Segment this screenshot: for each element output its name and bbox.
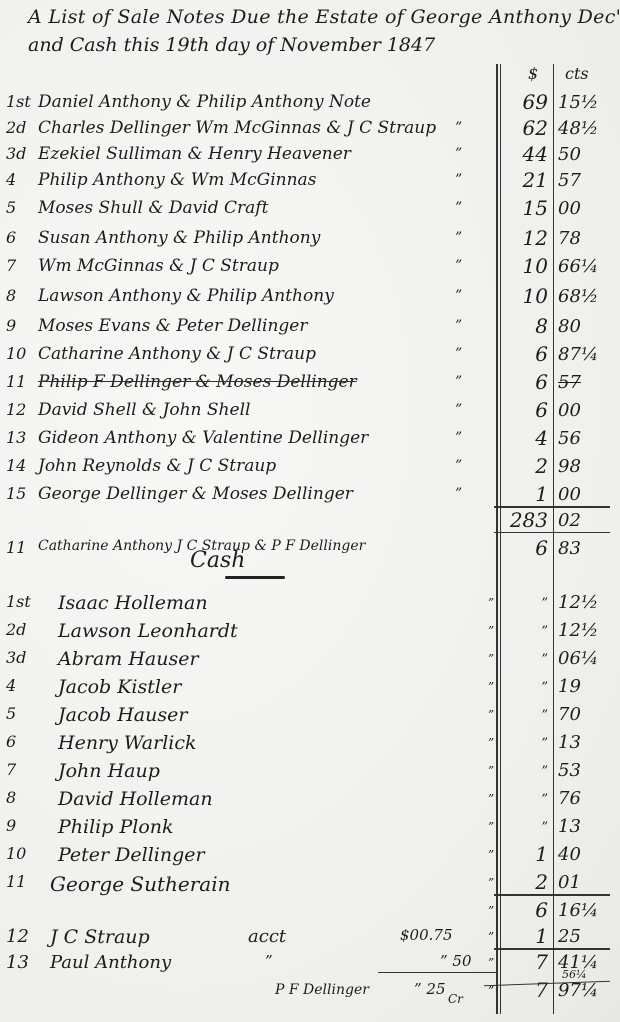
row-ditto: ” bbox=[488, 904, 494, 918]
row-name: Ezekiel Sulliman & Henry Heavener bbox=[38, 144, 351, 164]
notes-total-cents: 02 bbox=[558, 510, 581, 531]
row-name: Moses Shull & David Craft bbox=[38, 198, 268, 218]
cash-row: 7 John Haup ” ” 53 bbox=[0, 758, 620, 784]
row-dollars: ” bbox=[500, 736, 548, 751]
row-name: Philip F Dellinger & Moses Dellinger bbox=[38, 372, 357, 392]
extra-note-row: 11 Catharine Anthony J C Straup & P F De… bbox=[0, 536, 620, 562]
row-name: John Reynolds & J C Straup bbox=[38, 456, 276, 476]
row-number: 6 bbox=[6, 228, 40, 247]
row-ditto: ” bbox=[488, 930, 494, 944]
row-cents: 19 bbox=[558, 676, 581, 697]
row-cents: 06¼ bbox=[558, 648, 598, 669]
final-sub-label: Cr bbox=[448, 992, 463, 1006]
row-dollars: 1 bbox=[500, 482, 548, 506]
row-cents: 83 bbox=[558, 538, 581, 559]
row-name: David Shell & John Shell bbox=[38, 400, 250, 420]
row-name: George Dellinger & Moses Dellinger bbox=[38, 484, 353, 504]
row-subamount: ” 50 bbox=[440, 952, 472, 970]
row-ditto: ” bbox=[488, 736, 494, 750]
row-number: 8 bbox=[6, 788, 40, 807]
row-name: Charles Dellinger Wm McGinnas & J C Stra… bbox=[38, 118, 436, 138]
cash-heading-underline bbox=[225, 576, 285, 579]
row-name: Catharine Anthony & J C Straup bbox=[38, 344, 316, 364]
row-cents: 25 bbox=[558, 926, 581, 947]
note-row: 12 David Shell & John Shell ” 6 00 bbox=[0, 398, 620, 424]
row-ditto: ” bbox=[455, 402, 462, 418]
row-cents: 68½ bbox=[558, 286, 598, 307]
note-row: 5 Moses Shull & David Craft ” 15 00 bbox=[0, 196, 620, 222]
cash-row: 9 Philip Plonk ” ” 13 bbox=[0, 814, 620, 840]
cash-row: 11 George Sutherain ” 2 01 bbox=[0, 870, 620, 896]
row-dollars: 62 bbox=[500, 116, 548, 140]
row-cents: 78 bbox=[558, 228, 581, 249]
cash-heading: Cash bbox=[190, 548, 245, 573]
row-number: 1st bbox=[6, 592, 40, 611]
row-name: George Sutherain bbox=[50, 872, 231, 896]
cash-row: 6 Henry Warlick ” ” 13 bbox=[0, 730, 620, 756]
row-ditto: ” bbox=[488, 984, 494, 998]
row-number: 9 bbox=[6, 816, 40, 835]
row-cents: 48½ bbox=[558, 118, 598, 139]
row-dollars: 1 bbox=[500, 924, 548, 948]
row-number: 13 bbox=[6, 428, 40, 447]
cash-row: 1st Isaac Holleman ” ” 12½ bbox=[0, 590, 620, 616]
row-number: 12 bbox=[6, 400, 40, 419]
note-row: 1st Daniel Anthony & Philip Anthony Note… bbox=[0, 90, 620, 116]
row-subamount: $00.75 bbox=[400, 926, 453, 944]
row-dollars: 10 bbox=[500, 254, 548, 278]
row-name: Lawson Anthony & Philip Anthony bbox=[38, 286, 334, 306]
row-name: Philip Plonk bbox=[58, 816, 174, 838]
row-cents: 12½ bbox=[558, 592, 598, 613]
cash-subtotal-cents: 16¼ bbox=[558, 900, 598, 921]
row-ditto: ” bbox=[455, 374, 462, 390]
row-ditto: ” bbox=[455, 172, 462, 188]
row-cents: 13 bbox=[558, 732, 581, 753]
cash-subtotal-dollars: 6 bbox=[500, 898, 548, 922]
row-name: Philip Anthony & Wm McGinnas bbox=[38, 170, 316, 190]
row-cents: 13 bbox=[558, 816, 581, 837]
row-dollars: ” bbox=[500, 764, 548, 779]
row-number: 5 bbox=[6, 198, 40, 217]
row-dollars: 6 bbox=[500, 370, 548, 394]
row-ditto: ” bbox=[455, 120, 462, 136]
row-number: 4 bbox=[6, 170, 40, 189]
row-name: Henry Warlick bbox=[58, 732, 197, 754]
note-row: 9 Moses Evans & Peter Dellinger ” 8 80 bbox=[0, 314, 620, 340]
row-ditto: ” bbox=[455, 430, 462, 446]
account-row: 12 J C Straup acct $00.75 ” 1 25 bbox=[0, 924, 620, 950]
row-ditto: ” bbox=[488, 680, 494, 694]
row-ditto: ” bbox=[488, 848, 494, 862]
row-number: 5 bbox=[6, 704, 40, 723]
row-number: 4 bbox=[6, 676, 40, 695]
row-cents: 76 bbox=[558, 788, 581, 809]
ledger-page: A List of Sale Notes Due the Estate of G… bbox=[0, 0, 620, 1022]
title-line-2: and Cash this 19th day of November 1847 bbox=[28, 34, 435, 56]
row-ditto: ” bbox=[488, 652, 494, 666]
cash-row: 2d Lawson Leonhardt ” ” 12½ bbox=[0, 618, 620, 644]
cash-total-dollars: 7 bbox=[500, 950, 548, 974]
row-ditto: ” bbox=[455, 288, 462, 304]
row-dollars: 6 bbox=[500, 398, 548, 422]
row-name: Daniel Anthony & Philip Anthony Note bbox=[38, 92, 371, 112]
row-number: 1st bbox=[6, 92, 40, 111]
row-dollars: 1 bbox=[500, 842, 548, 866]
row-number: 3d bbox=[6, 144, 40, 163]
notes-total-dollars: 283 bbox=[500, 508, 548, 532]
row-cents: 80 bbox=[558, 316, 581, 337]
row-ditto: ” bbox=[455, 346, 462, 362]
row-dollars: ” bbox=[500, 820, 548, 835]
note-row: 15 George Dellinger & Moses Dellinger ” … bbox=[0, 482, 620, 508]
note-row: 10 Catharine Anthony & J C Straup ” 6 87… bbox=[0, 342, 620, 368]
row-label: acct bbox=[248, 926, 286, 947]
row-name: Gideon Anthony & Valentine Dellinger bbox=[38, 428, 368, 448]
row-dollars: ” bbox=[500, 708, 548, 723]
cash-row: 8 David Holleman ” ” 76 bbox=[0, 786, 620, 812]
row-ditto: ” bbox=[488, 764, 494, 778]
row-cents: 50 bbox=[558, 144, 581, 165]
note-row: 8 Lawson Anthony & Philip Anthony ” 10 6… bbox=[0, 284, 620, 310]
row-dollars: ” bbox=[500, 596, 548, 611]
row-cents: 66¼ bbox=[558, 256, 598, 277]
row-name: Moses Evans & Peter Dellinger bbox=[38, 316, 308, 336]
row-cents: 56 bbox=[558, 428, 581, 449]
row-number: 10 bbox=[6, 344, 40, 363]
row-ditto: ” bbox=[455, 486, 462, 502]
row-cents: 98 bbox=[558, 456, 581, 477]
row-ditto: ” bbox=[488, 708, 494, 722]
row-number: 11 bbox=[6, 538, 40, 557]
row-name: Paul Anthony bbox=[50, 952, 171, 973]
row-number: 8 bbox=[6, 286, 40, 305]
note-row: 7 Wm McGinnas & J C Straup ” 10 66¼ bbox=[0, 254, 620, 280]
row-name: Isaac Holleman bbox=[58, 592, 208, 614]
row-number: 14 bbox=[6, 456, 40, 475]
row-number: 11 bbox=[6, 372, 40, 391]
row-name: Wm McGinnas & J C Straup bbox=[38, 256, 279, 276]
row-dollars: 2 bbox=[500, 454, 548, 478]
row-cents: 01 bbox=[558, 872, 581, 893]
row-cents: 15½ bbox=[558, 92, 598, 113]
row-cents: 00 bbox=[558, 400, 581, 421]
row-cents: 57 bbox=[558, 372, 581, 393]
row-number: 2d bbox=[6, 620, 40, 639]
row-name: Susan Anthony & Philip Anthony bbox=[38, 228, 320, 248]
row-dollars: 2 bbox=[500, 870, 548, 894]
row-dollars: 12 bbox=[500, 226, 548, 250]
cash-subtotal-row: ” 6 16¼ bbox=[0, 898, 620, 924]
row-ditto: ” bbox=[488, 596, 494, 610]
row-cents: 40 bbox=[558, 844, 581, 865]
row-cents: 87¼ bbox=[558, 344, 598, 365]
row-ditto: ” bbox=[488, 820, 494, 834]
row-cents: 00 bbox=[558, 198, 581, 219]
row-cents: 00 bbox=[558, 484, 581, 505]
row-number: 7 bbox=[6, 256, 40, 275]
row-number: 15 bbox=[6, 484, 40, 503]
row-dollars: ” bbox=[500, 652, 548, 667]
row-cents: 12½ bbox=[558, 620, 598, 641]
row-ditto: ” bbox=[488, 876, 494, 890]
row-number: 13 bbox=[6, 952, 40, 973]
row-ditto: ” bbox=[455, 146, 462, 162]
note-row: 4 Philip Anthony & Wm McGinnas ” 21 57 bbox=[0, 168, 620, 194]
row-ditto: ” bbox=[455, 200, 462, 216]
dollars-header: $ bbox=[528, 64, 538, 83]
row-dollars: 15 bbox=[500, 196, 548, 220]
row-dollars: 6 bbox=[500, 342, 548, 366]
note-row: 13 Gideon Anthony & Valentine Dellinger … bbox=[0, 426, 620, 452]
row-name: J C Straup bbox=[50, 926, 150, 948]
row-number: 11 bbox=[6, 872, 40, 891]
final-subamount: ” 25 bbox=[414, 980, 446, 998]
cash-row: 4 Jacob Kistler ” ” 19 bbox=[0, 674, 620, 700]
row-dollars: 69 bbox=[500, 90, 548, 114]
row-ditto: ” bbox=[488, 956, 494, 970]
cash-row: 10 Peter Dellinger ” 1 40 bbox=[0, 842, 620, 868]
row-ditto: ” bbox=[455, 230, 462, 246]
title-line-1: A List of Sale Notes Due the Estate of G… bbox=[28, 6, 620, 28]
row-name: Lawson Leonhardt bbox=[58, 620, 238, 642]
subamount-rule bbox=[378, 972, 496, 973]
cents-header: cts bbox=[565, 64, 589, 83]
final-name: P F Dellinger bbox=[275, 982, 369, 998]
row-dollars: 6 bbox=[500, 536, 548, 560]
row-ditto: ” bbox=[488, 792, 494, 806]
row-dollars: 8 bbox=[500, 314, 548, 338]
row-ditto: ” bbox=[488, 624, 494, 638]
row-dollars: ” bbox=[500, 792, 548, 807]
row-dollars: ” bbox=[500, 680, 548, 695]
row-dollars: 44 bbox=[500, 142, 548, 166]
row-dollars: 10 bbox=[500, 284, 548, 308]
row-ditto: ” bbox=[455, 258, 462, 274]
final-dollars: 7 bbox=[500, 978, 548, 1002]
notes-total-underline bbox=[494, 532, 610, 533]
row-name: Jacob Kistler bbox=[58, 676, 181, 698]
final-row: P F Dellinger ” 25 Cr 56¼ ” 7 97¼ bbox=[0, 978, 620, 1004]
row-dollars: 4 bbox=[500, 426, 548, 450]
cash-subtotal-rule bbox=[494, 894, 610, 896]
row-number: 10 bbox=[6, 844, 40, 863]
row-cents: 70 bbox=[558, 704, 581, 725]
note-row: 3d Ezekiel Sulliman & Henry Heavener ” 4… bbox=[0, 142, 620, 168]
note-row: 14 John Reynolds & J C Straup ” 2 98 bbox=[0, 454, 620, 480]
row-number: 3d bbox=[6, 648, 40, 667]
row-label: ” bbox=[265, 952, 273, 970]
row-cents: 57 bbox=[558, 170, 581, 191]
account-row: 13 Paul Anthony ” ” 50 ” 7 41¼ bbox=[0, 950, 620, 976]
note-row: 6 Susan Anthony & Philip Anthony ” 12 78 bbox=[0, 226, 620, 252]
row-number: 6 bbox=[6, 732, 40, 751]
row-ditto: ” bbox=[455, 318, 462, 334]
row-dollars: 21 bbox=[500, 168, 548, 192]
note-row-struck: 11 Philip F Dellinger & Moses Dellinger … bbox=[0, 370, 620, 396]
row-name: Peter Dellinger bbox=[58, 844, 205, 866]
row-dollars: ” bbox=[500, 624, 548, 639]
row-ditto: ” bbox=[455, 458, 462, 474]
row-cents: 53 bbox=[558, 760, 581, 781]
row-number: 2d bbox=[6, 118, 40, 137]
cash-row: 5 Jacob Hauser ” ” 70 bbox=[0, 702, 620, 728]
row-number: 9 bbox=[6, 316, 40, 335]
row-name: John Haup bbox=[58, 760, 160, 782]
row-name: David Holleman bbox=[58, 788, 213, 810]
note-row: 2d Charles Dellinger Wm McGinnas & J C S… bbox=[0, 116, 620, 142]
row-name: Jacob Hauser bbox=[58, 704, 187, 726]
row-number: 7 bbox=[6, 760, 40, 779]
cash-row: 3d Abram Hauser ” ” 06¼ bbox=[0, 646, 620, 672]
row-name: Abram Hauser bbox=[58, 648, 199, 670]
row-number: 12 bbox=[6, 926, 40, 947]
notes-total-row: 283 02 bbox=[0, 508, 620, 534]
